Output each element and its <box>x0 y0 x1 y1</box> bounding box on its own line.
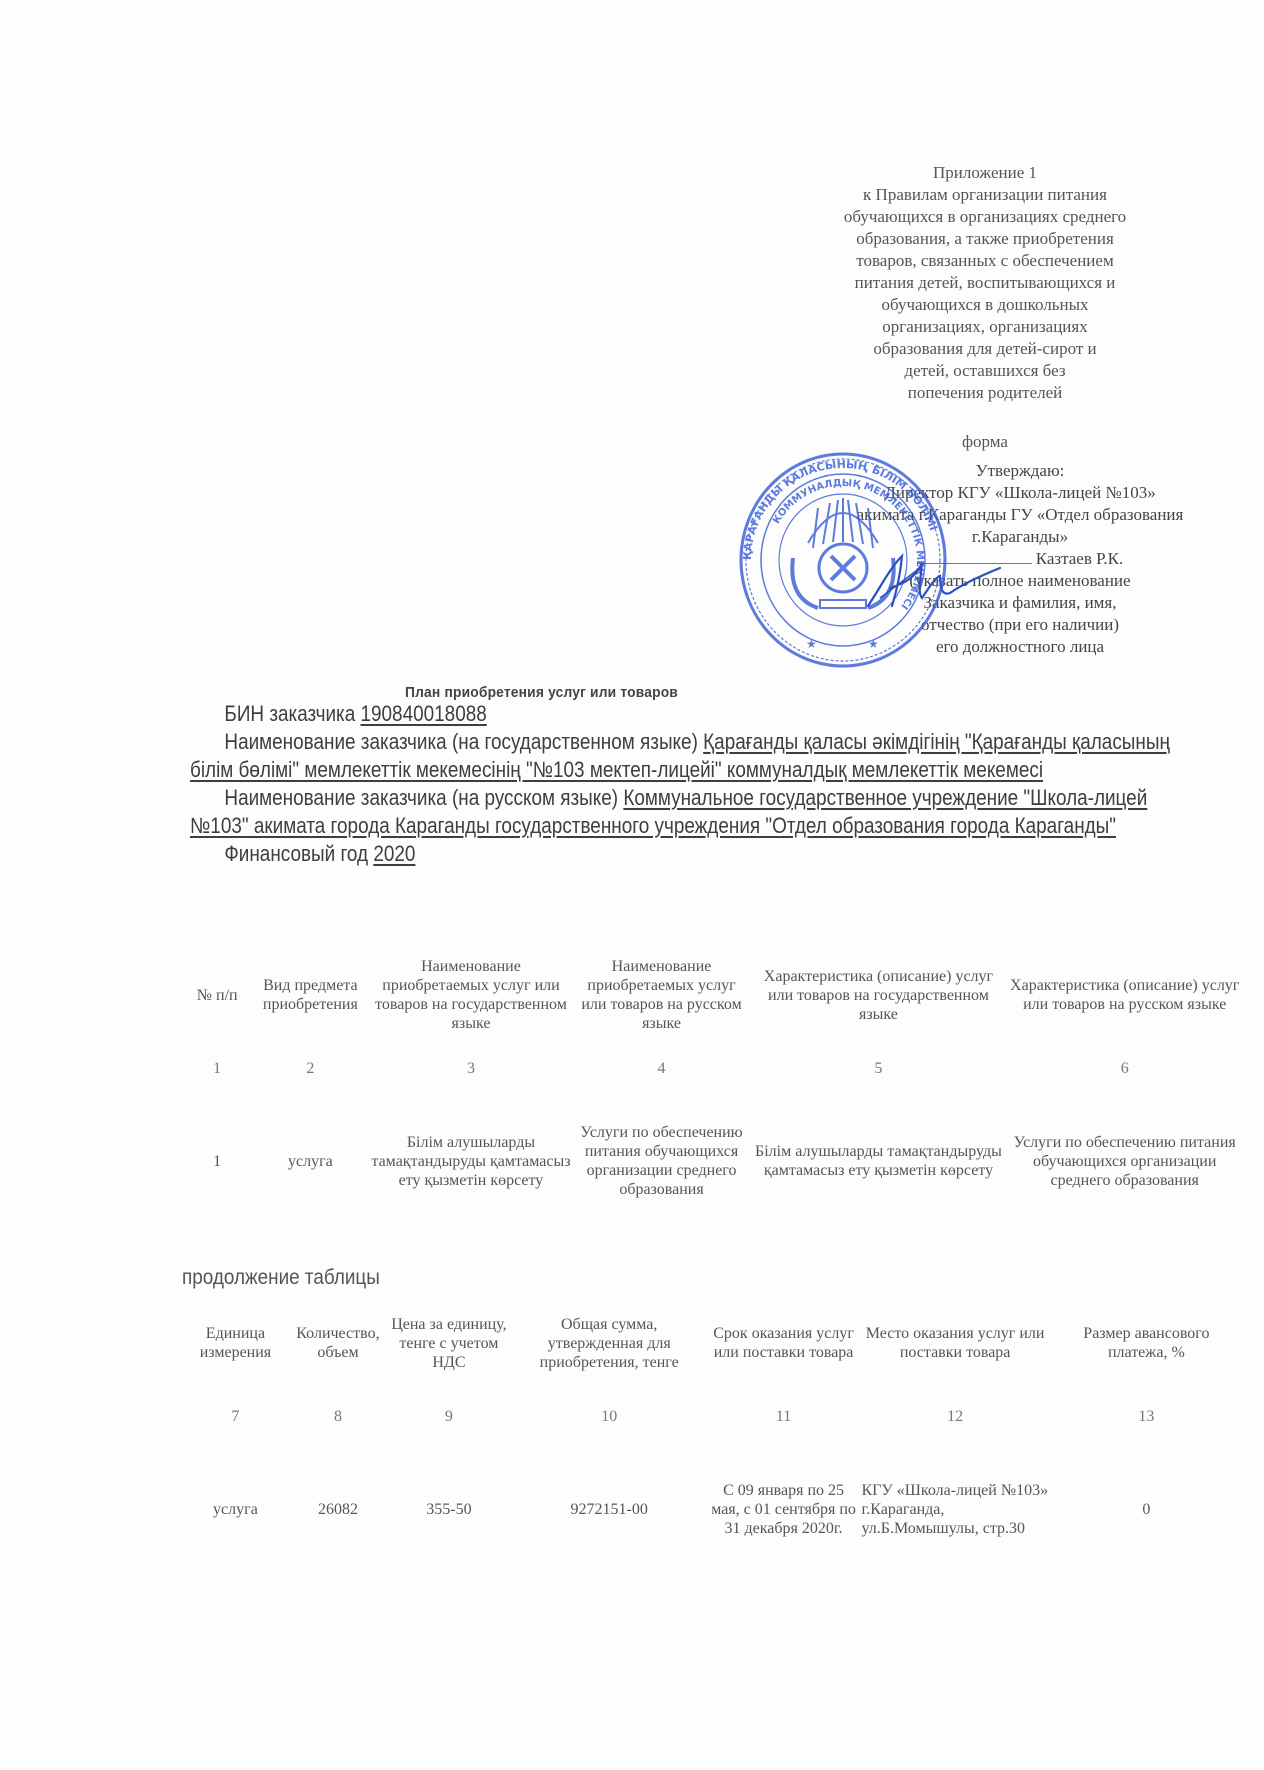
column-header: Общая сумма, утвержденная для приобретен… <box>511 1288 708 1398</box>
table-cell: С 09 января по 25 мая, с 01 сентября по … <box>708 1434 860 1584</box>
column-header: № п/п <box>182 940 252 1050</box>
column-number: 11 <box>708 1398 860 1434</box>
column-header: Место оказания услуг или поставки товара <box>860 1288 1051 1398</box>
column-number: 13 <box>1051 1398 1242 1434</box>
table-cell: услуга <box>252 1086 368 1236</box>
column-header: Наименование приобретаемых услуг или тов… <box>574 940 750 1050</box>
appendix-line: организациях, организациях <box>820 316 1150 338</box>
bin-value: 190840018088 <box>360 701 486 726</box>
table-cell: 0 <box>1051 1434 1242 1584</box>
table-cell: 26082 <box>289 1434 387 1584</box>
appendix-line: обучающихся в дошкольных <box>820 294 1150 316</box>
column-header: Характеристика (описание) услуг или това… <box>749 940 1007 1050</box>
fin-year-value: 2020 <box>373 841 415 866</box>
appendix-line: детей, оставшихся без <box>820 360 1150 382</box>
column-number: 5 <box>749 1050 1007 1086</box>
column-number: 7 <box>182 1398 289 1434</box>
appendix-line: образования для детей-сирот и <box>820 338 1150 360</box>
handwritten-signature-icon <box>860 548 1010 618</box>
document-title: План приобретения услуг или товаров <box>405 684 678 701</box>
table-cell: 355-50 <box>387 1434 511 1584</box>
name-kz-row: Наименование заказчика (на государственн… <box>190 728 1201 784</box>
column-number-row: 7 8 9 10 11 12 13 <box>182 1398 1242 1434</box>
bin-row: БИН заказчика 190840018088 <box>190 700 1201 728</box>
name-ru-label: Наименование заказчика (на русском языке… <box>190 784 618 812</box>
appendix-line: к Правилам организации питания <box>820 184 1150 206</box>
column-header: Размер авансового платежа, % <box>1051 1288 1242 1398</box>
table-header-row: Единица измерения Количество, объем Цена… <box>182 1288 1242 1398</box>
fin-year-label: Финансовый год <box>224 841 368 866</box>
column-number: 1 <box>182 1050 252 1086</box>
column-number: 12 <box>860 1398 1051 1434</box>
column-header: Вид предмета приобретения <box>252 940 368 1050</box>
table-row: 1 услуга Білім алушыларды тамақтандыруды… <box>182 1086 1242 1236</box>
name-ru-row: Наименование заказчика (на русском языке… <box>190 784 1201 840</box>
column-header: Единица измерения <box>182 1288 289 1398</box>
bin-label: БИН заказчика <box>224 701 355 726</box>
appendix-line: Приложение 1 <box>820 162 1150 184</box>
procurement-table-part2: Единица измерения Количество, объем Цена… <box>182 1288 1242 1584</box>
column-number: 4 <box>574 1050 750 1086</box>
table-cell: 9272151-00 <box>511 1434 708 1584</box>
table-cell: Білім алушыларды тамақтандыруды қамтамас… <box>368 1086 573 1236</box>
column-header: Цена за единицу, тенге с учетом НДС <box>387 1288 511 1398</box>
column-number: 10 <box>511 1398 708 1434</box>
appendix-header: Приложение 1 к Правилам организации пита… <box>820 162 1150 404</box>
appendix-line: попечения родителей <box>820 382 1150 404</box>
table-cell: услуга <box>182 1434 289 1584</box>
column-header: Количество, объем <box>289 1288 387 1398</box>
column-number: 2 <box>252 1050 368 1086</box>
column-header: Срок оказания услуг или поставки товара <box>708 1288 860 1398</box>
customer-info: БИН заказчика 190840018088 Наименование … <box>190 700 1201 868</box>
svg-text:★: ★ <box>868 637 879 651</box>
svg-text:★: ★ <box>806 637 817 651</box>
table-row: услуга 26082 355-50 9272151-00 С 09 янва… <box>182 1434 1242 1584</box>
column-number: 8 <box>289 1398 387 1434</box>
table-continuation-label: продолжение таблицы <box>182 1266 380 1290</box>
table-cell: Услуги по обеспечению питания обучающихс… <box>1007 1086 1242 1236</box>
fin-year-row: Финансовый год 2020 <box>190 840 1201 868</box>
column-number: 3 <box>368 1050 573 1086</box>
column-number: 6 <box>1007 1050 1242 1086</box>
appendix-line: образования, а также приобретения <box>820 228 1150 250</box>
table-cell: Білім алушыларды тамақтандыруды қамтамас… <box>749 1086 1007 1236</box>
column-number: 9 <box>387 1398 511 1434</box>
table-cell: Услуги по обеспечению питания обучающихс… <box>574 1086 750 1236</box>
procurement-table-part1: № п/п Вид предмета приобретения Наименов… <box>182 940 1242 1236</box>
column-header: Характеристика (описание) услуг или това… <box>1007 940 1242 1050</box>
signer-name: Казтаев Р.К. <box>1036 549 1124 568</box>
appendix-line: питания детей, воспитывающихся и <box>820 272 1150 294</box>
table-cell: КГУ «Школа-лицей №103» г.Караганда, ул.Б… <box>860 1434 1051 1584</box>
column-header: Наименование приобретаемых услуг или тов… <box>368 940 573 1050</box>
table-cell: 1 <box>182 1086 252 1236</box>
table-header-row: № п/п Вид предмета приобретения Наименов… <box>182 940 1242 1050</box>
name-kz-label: Наименование заказчика (на государственн… <box>190 728 698 756</box>
appendix-line: товаров, связанных с обеспечением <box>820 250 1150 272</box>
appendix-line: обучающихся в организациях среднего <box>820 206 1150 228</box>
column-number-row: 1 2 3 4 5 6 <box>182 1050 1242 1086</box>
